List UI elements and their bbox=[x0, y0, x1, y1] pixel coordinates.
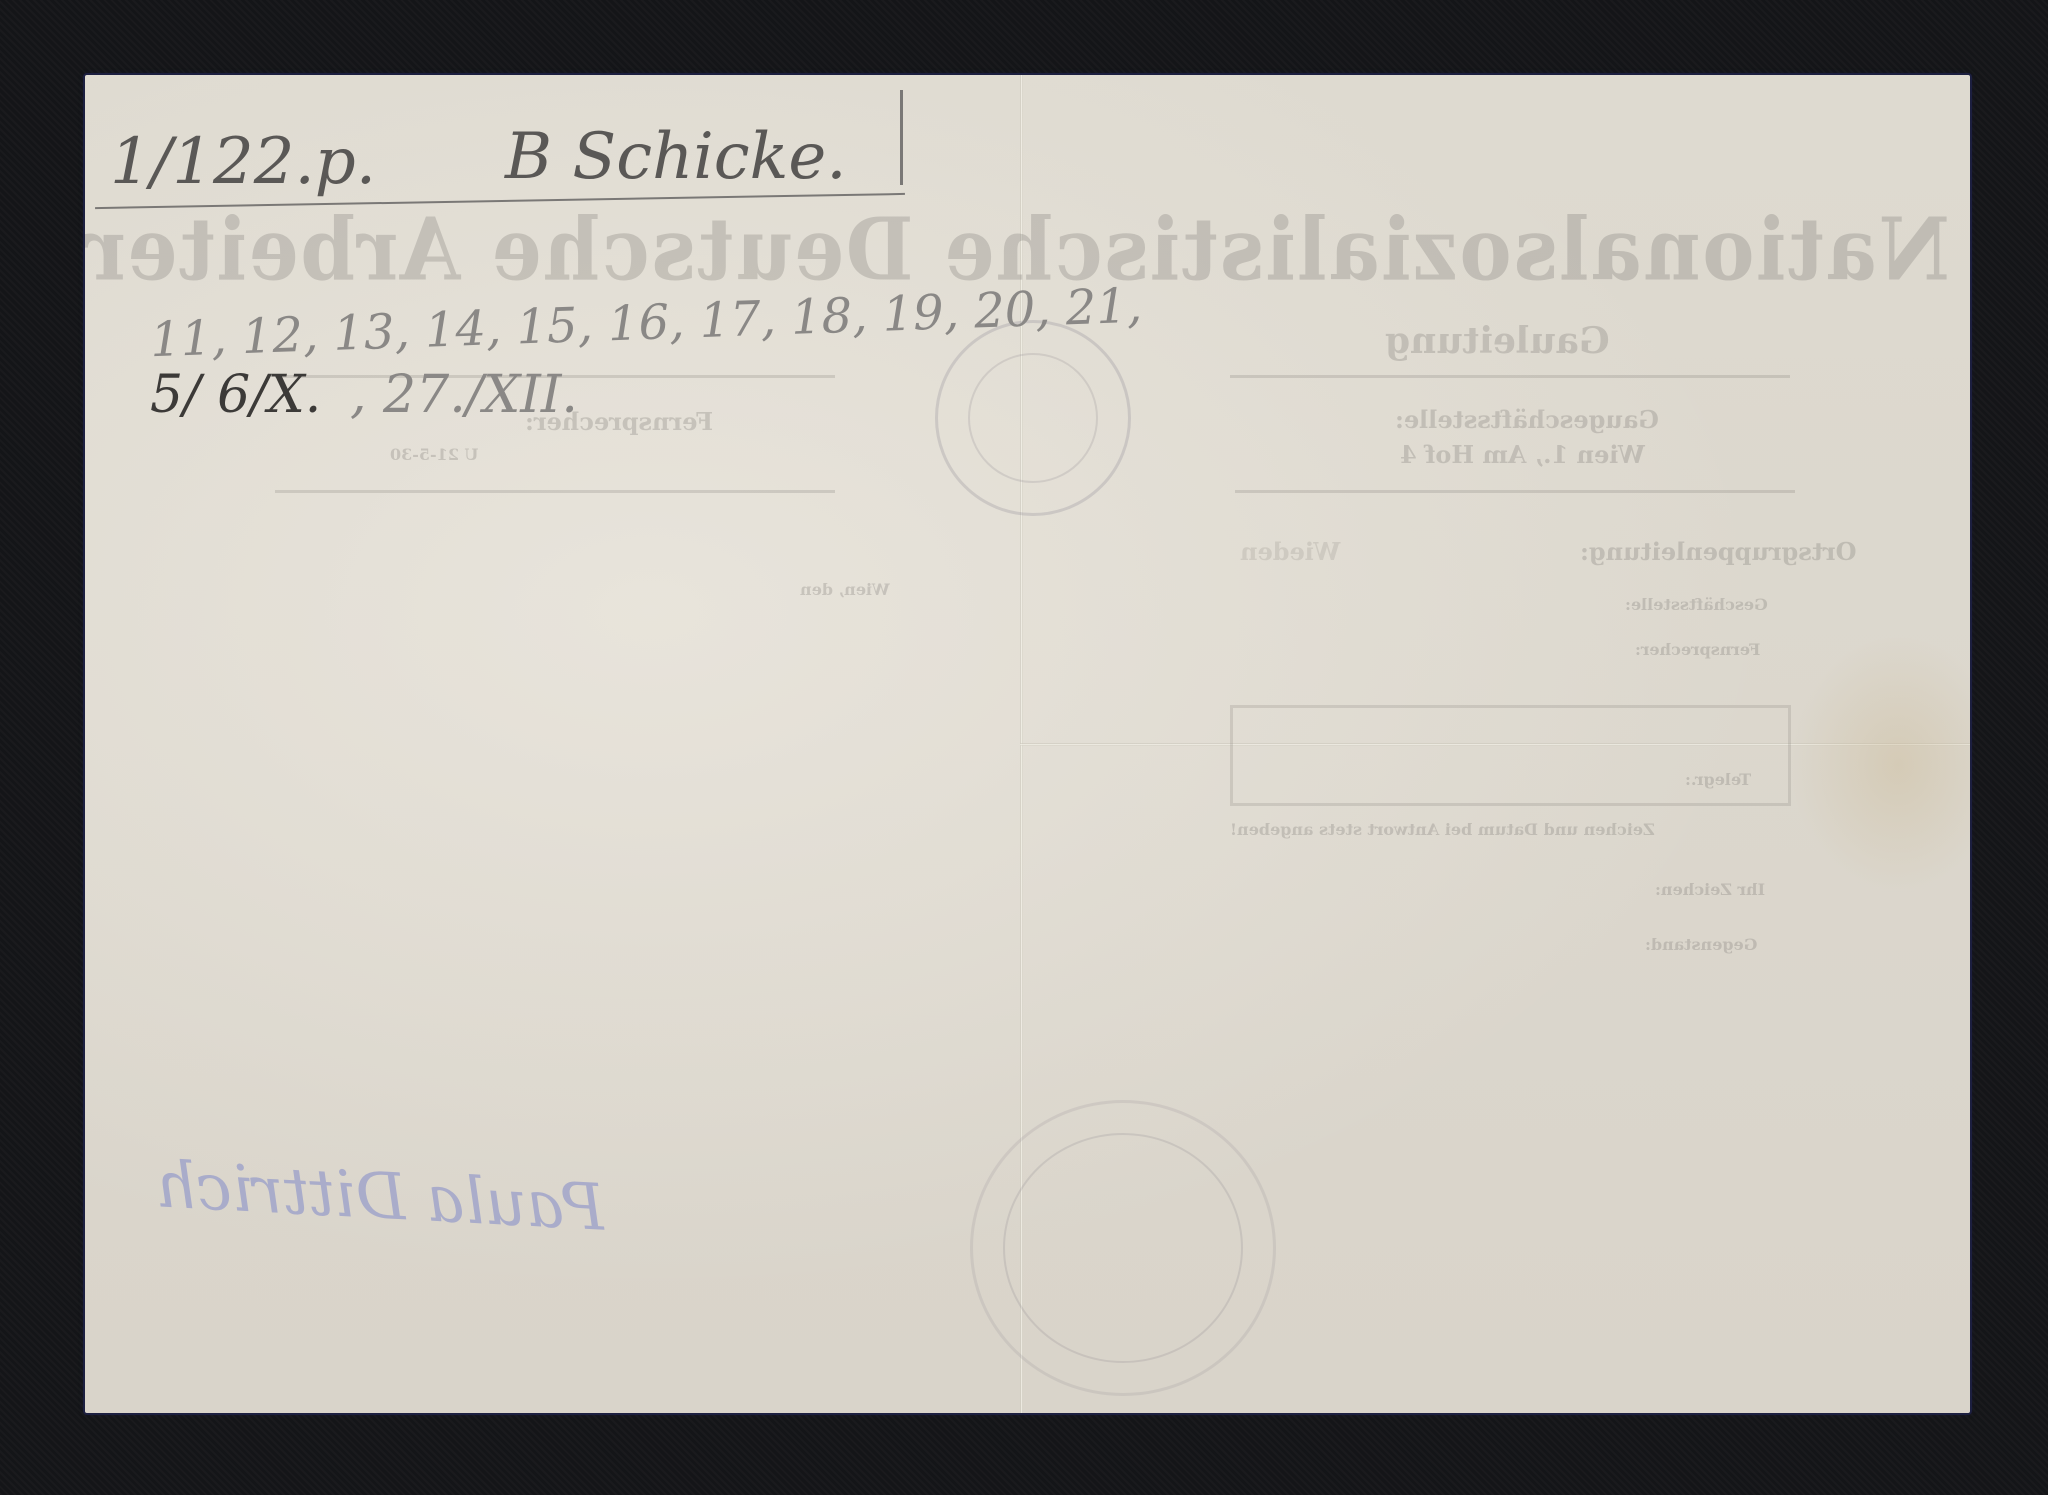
pencil-note-reference: 1/122.p. bbox=[110, 125, 376, 199]
office-field-label-showthrough: Geschäftsstelle: bbox=[1625, 595, 1768, 614]
local-group-value-showthrough: Wieden bbox=[1240, 537, 1340, 566]
place-date-showthrough: Wien, den bbox=[800, 580, 890, 599]
round-stamp-showthrough bbox=[935, 320, 1131, 516]
office-label-showthrough: Gaugeschäftsstelle: bbox=[1395, 405, 1659, 434]
subject-label-showthrough: Gegenstand: bbox=[1645, 935, 1757, 954]
letterhead-rule bbox=[1235, 490, 1795, 493]
pencil-date-list-line2b: , 27./XII. bbox=[350, 365, 578, 425]
document-sheet: Nationalsozialistische Deutsche Arbeiter… bbox=[85, 75, 1970, 1413]
round-stamp-faint bbox=[970, 1100, 1276, 1396]
telegram-label-showthrough: Telegr.: bbox=[1685, 770, 1751, 789]
your-sign-label-showthrough: Ihr Zeichen: bbox=[1655, 880, 1765, 899]
phone-field-label-showthrough: Fernsprecher: bbox=[1635, 640, 1760, 659]
ink-signature-showthrough: Paula Dittrich bbox=[153, 1148, 606, 1245]
address-box-showthrough bbox=[1230, 705, 1791, 806]
office-address-showthrough: Wien 1., Am Hof 4 bbox=[1400, 440, 1645, 469]
paper-stain bbox=[1790, 635, 1970, 895]
local-group-label-showthrough: Ortsgruppenleitung: bbox=[1580, 537, 1856, 566]
pencil-date-list-line2a: 5/ 6/X. bbox=[150, 365, 321, 425]
phone-number-showthrough: U 21-5-30 bbox=[390, 445, 478, 464]
reference-note-showthrough: Zeichen und Datum bei Antwort stets ange… bbox=[1230, 820, 1655, 839]
letterhead-rule bbox=[1230, 375, 1790, 378]
pencil-frame-right bbox=[900, 90, 903, 185]
left-header-rule bbox=[275, 490, 835, 493]
letterhead-subtitle-showthrough: Gauleitung bbox=[1385, 320, 1610, 362]
pencil-note-name: B Schicke. bbox=[505, 120, 847, 194]
